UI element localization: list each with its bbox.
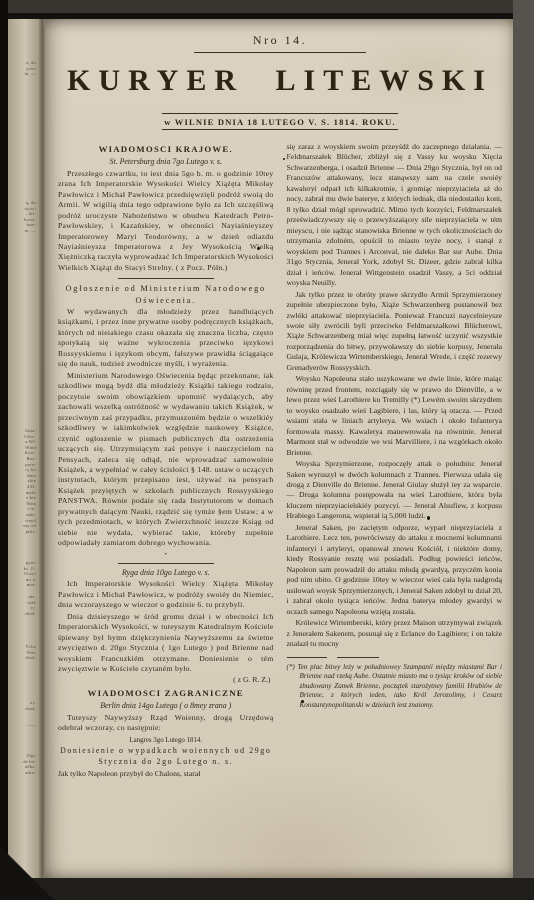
issue-dateline: w WILNIE DNIA 18 LUTEGO V. S. 1814. ROKU… [58,117,502,127]
war-report-title: Doniesienie o wypadkach woiennych od 29g… [58,746,274,768]
ink-speck [283,158,285,160]
section-title-foreign: WIADOMOSCI ZAGRANICZNE [58,688,274,700]
column-right: się zaraz z woyskiem swoim przeyśdź do z… [287,141,503,779]
frag: oy. chod. [10,700,36,711]
para: Przeszłego czwartku, to iest dnia 5go b.… [58,169,274,274]
para: Ich Imperatorskie Wysokości Wielcy Xiążę… [58,579,274,610]
paracont: Jak tylko Napoleon przybył do Chalons, s… [58,769,274,779]
masthead: Nro 14. KURYER LITEWSKI w WILNIE DNIA 18… [58,33,502,130]
footnote: (*) Ten plac bitwy leży w południowey Sz… [287,663,503,711]
newspaper-title: KURYER LITEWSKI [58,64,502,98]
ministry-notice-title: Ogłoszenie od Ministerium Narodowego Ośw… [58,283,274,306]
scan-border-bottom [0,878,534,900]
para: Królewicz Wirtemberski, który przez Mais… [287,618,503,649]
newspaper-page: Nro 14. KURYER LITEWSKI w WILNIE DNIA 18… [45,19,513,878]
para: Woysko Napoleona stało uszykowane we dwi… [287,374,503,458]
printed-area: Nro 14. KURYER LITEWSKI w WILNIE DNIA 18… [45,19,513,779]
section-divider [118,278,214,279]
dateline-ryga: Ryga dnia 10go Lutego v. s. [58,568,274,579]
para: Dnia dzisieyszego w śród gromu dział i w… [58,612,274,675]
ink-speck [301,700,304,703]
source-note: ( z G. R. Z.) [58,675,271,685]
para: Jenerał Saken, po zaciętym odporze, wypa… [287,523,503,617]
scan-border-top [0,0,534,13]
section-dot: • [58,553,274,558]
para: W wydawanych dla młodzieży przez handlui… [58,307,274,370]
footnote-divider [287,657,379,658]
frag: nie. czak ry. chod: [10,594,36,616]
dateline-berlin: Berlin dnia 14go Lutego ( o 8mey zrana ) [58,701,274,712]
dateline-rule-bottom [162,129,398,130]
column-left: WIADOMOSCI KRAJOWE.St. Petersburg dnia 7… [58,141,274,779]
section-title-domestic: WIADOMOSCI KRAJOWE. [58,144,274,156]
issue-rule [194,52,366,53]
scan-border-right [513,0,534,900]
frag: gywr ks. O- Oczyl mi w mia- [10,560,36,588]
frag: —— [10,722,36,728]
dateline-petersburg: St. Petersburg dnia 7go Lutego v. s. [58,157,274,168]
newspaper-scan: o, do yowi in. —ę, do ojowi , kil- bywa.… [0,0,534,900]
paracont: się zaraz z woyskiem swoim przeyśdź do z… [287,142,503,289]
ink-speck [427,516,430,520]
para: Woyska Sprzymierzone, rozpoczęły attak o… [287,459,503,522]
adjacent-page-edge: o, do yowi in. —ę, do ojowi , kil- bywa.… [8,19,39,878]
dateline-rule-top [162,113,398,114]
para: Tuteyszy Naywyższy Rząd Woienny, drogą U… [58,713,274,734]
frag: Gma- Gliw- a Wi- Wind Kow- Ros- poto- ry… [10,428,36,534]
frag: Vcha Vebs chod. [10,644,36,661]
article-columns: WIADOMOSCI KRAJOWE.St. Petersburg dnia 7… [58,141,502,779]
dateline-langres: Langres 3go Lutego 1814. [58,736,274,745]
section-divider [118,563,214,564]
scan-corner-shadow [0,830,70,900]
issue-number: Nro 14. [58,33,502,48]
frag: o, do yowi in. — [10,60,36,77]
para: Jak tylko przez te obróty prawe skrzydło… [287,290,503,374]
ink-speck [257,247,260,250]
scan-border-left [0,0,8,900]
frag: 15go de bu- ielka; arko- [10,753,36,775]
frag: ę, do ojowi , kil- bywa. ium- in. — [10,200,36,234]
para: Ministerium Narodowego Oświecenia będąc … [58,371,274,549]
